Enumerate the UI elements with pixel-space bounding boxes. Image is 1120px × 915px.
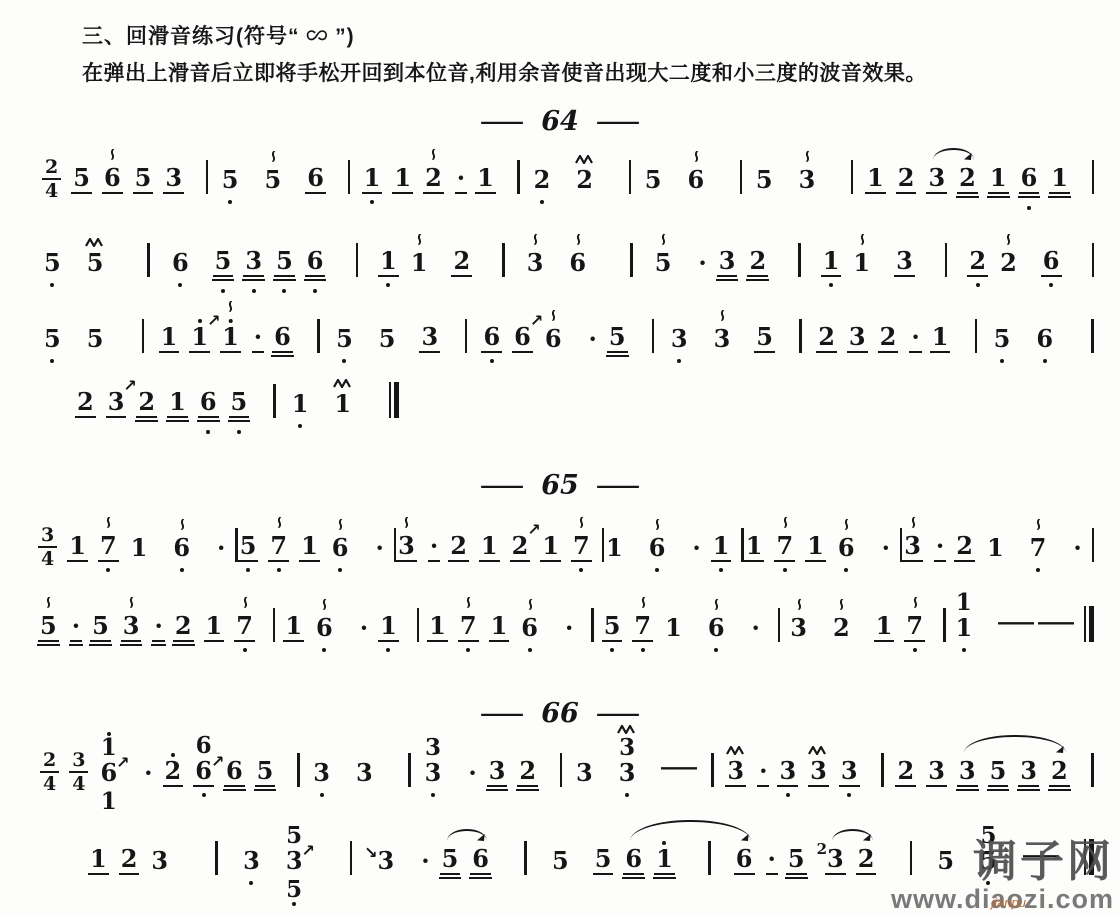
note: 1: [427, 614, 448, 642]
chord-note: 5: [286, 825, 302, 847]
note-digit: ·: [880, 536, 892, 562]
note: 1: [378, 249, 399, 277]
time-signature-denominator: 4: [38, 546, 57, 569]
note: ∽3: [121, 614, 142, 642]
octave-dot: [50, 359, 54, 363]
note: 5: [334, 327, 355, 353]
note-digit: 1: [654, 847, 675, 875]
octave-dot: [249, 881, 253, 885]
note-digit: 2: [856, 847, 877, 875]
note: 5: [133, 166, 154, 194]
note: 5: [602, 614, 623, 642]
note: 6: [1034, 327, 1055, 353]
note-digit: ·: [466, 761, 478, 787]
note-digit: 5: [786, 847, 807, 875]
note: 1: [654, 847, 675, 875]
note: 6: [623, 847, 644, 875]
note-digit: 3: [926, 166, 947, 194]
music-line: 245∽6535∽5611∽2·1225∽65∽31232161: [42, 150, 1094, 194]
octave-dot: [252, 289, 256, 293]
rhythm-dot: ·: [358, 616, 370, 642]
note: 6: [198, 390, 219, 418]
note-digit: 2: [1049, 759, 1070, 787]
note: 6: [224, 759, 245, 787]
note: ∽7: [774, 534, 795, 562]
huigua-ornament-icon: ∽: [777, 515, 792, 529]
section-number: 66: [541, 698, 579, 729]
note: 5: [607, 325, 628, 353]
note: 2↗: [510, 534, 531, 562]
note-digit: 3: [717, 249, 738, 277]
huigua-ornament-icon: ∽: [656, 232, 671, 246]
note: 3: [487, 759, 508, 787]
huigua-ornament-icon: ∽: [223, 299, 238, 313]
octave-dot: [292, 902, 296, 906]
note-digit: 2: [451, 249, 472, 277]
note-digit: 2: [747, 249, 768, 277]
note-digit: 1: [67, 534, 88, 562]
chord-note: 5: [286, 879, 302, 908]
note: ∽7: [458, 614, 479, 642]
note: 3: [777, 759, 798, 787]
note-digit: 2: [448, 534, 469, 562]
note-digit: 5: [992, 327, 1013, 353]
note-digit: 3: [243, 249, 264, 277]
note-digit: 6: [647, 536, 668, 562]
note: ∽7: [1028, 536, 1049, 562]
page: 三、回滑音练习(符号“ ∽ ”) 在弹出上滑音后立即将手松开回到本位音,利用余音…: [0, 0, 1120, 915]
note-digit: 7: [774, 534, 795, 562]
huigua-ornament-icon: ∽: [265, 149, 280, 163]
note: 1: [821, 249, 842, 277]
note: 6: [305, 249, 326, 277]
note-digit: 3: [163, 166, 184, 194]
barline: [851, 160, 854, 194]
huigua-ornament-icon: ∽: [426, 147, 441, 161]
note-digit: 6: [305, 166, 326, 194]
wave-ornament-icon: [333, 379, 353, 388]
barline: [297, 753, 300, 787]
octave-dot: [246, 568, 250, 572]
note-digit: 5: [238, 534, 259, 562]
note: 3: [717, 249, 738, 277]
note-digit: 5: [593, 847, 614, 875]
note-digit: 7: [904, 614, 925, 642]
octave-dot: [277, 568, 281, 572]
music-line: 5511↗∽1·655366↗∽6·53∽35232·156: [42, 309, 1094, 353]
final-barline: [1084, 606, 1094, 642]
note-digit: 1: [167, 390, 188, 418]
octave-dot: [320, 793, 324, 797]
octave-dot: [198, 319, 202, 323]
octave-dot: [976, 283, 980, 287]
note: 3: [839, 759, 860, 787]
huigua-ornament-icon: ∽: [839, 517, 854, 531]
music-line: 2434161↗·266↗653333·32333—3·333233532: [40, 743, 1094, 787]
huigua-ornament-icon: ∽: [854, 232, 869, 246]
time-signature: 34: [38, 526, 57, 569]
watermark-overlay: jianpu: [991, 896, 1026, 909]
note-digit: 3: [669, 327, 690, 353]
note: ∽3: [797, 168, 818, 194]
huigua-ornament-icon: ∽: [1001, 232, 1016, 246]
note-digit: 6: [623, 847, 644, 875]
note: ∽6: [171, 536, 192, 562]
octave-dot: [655, 568, 659, 572]
slide-up-arrow-icon: ↗: [207, 313, 220, 329]
note: 3: [1018, 759, 1039, 787]
note-digit: 3: [788, 616, 809, 642]
rhythm-dot: ·: [934, 534, 946, 562]
time-signature-denominator: 4: [40, 771, 59, 794]
note-digit: ·: [358, 616, 370, 642]
note-digit: 5: [607, 325, 628, 353]
note-digit: 1: [479, 534, 500, 562]
note-digit: 5: [377, 327, 398, 353]
note-digit: 3: [825, 847, 846, 875]
huigua-ornament-icon: ∽: [905, 515, 920, 529]
octave-dot: [228, 200, 232, 204]
barline: [356, 243, 359, 277]
section-number: 65: [541, 470, 579, 501]
slide-up-arrow-icon: ↗: [116, 755, 129, 771]
huigua-ornament-icon: ∽: [317, 597, 332, 611]
note: ∽7: [904, 614, 925, 642]
note-digit: 1: [378, 614, 399, 642]
note: 5: [440, 847, 461, 875]
note: ∽3: [712, 327, 733, 353]
note: ∽7: [571, 534, 592, 562]
note: ∽1: [220, 325, 241, 353]
barline: [1091, 319, 1094, 353]
note: 3: [894, 249, 915, 277]
rhythm-dot: ·: [142, 761, 154, 787]
note-digit: 3: [902, 534, 923, 562]
note: 3: [419, 325, 440, 353]
note: 5: [90, 614, 111, 642]
note-digit: 5: [754, 168, 775, 194]
note: 1: [204, 614, 225, 642]
note-digit: 2: [895, 759, 916, 787]
note-digit: 6: [519, 616, 540, 642]
huigua-ornament-icon: ∽: [124, 595, 139, 609]
note-digit: 1: [88, 847, 109, 875]
huigua-ornament-icon: ∽: [714, 308, 729, 322]
note-digit: 1: [220, 325, 241, 353]
slide-arc-icon: [933, 148, 973, 160]
note-digit: 3: [149, 849, 170, 875]
note-digit: 7: [234, 614, 255, 642]
note-digit: 5: [42, 327, 63, 353]
slide-up-arrow-icon: ↗: [302, 843, 315, 859]
note: 5: [85, 251, 106, 277]
note-digit: 5: [38, 614, 59, 642]
note: ∽6: [102, 166, 123, 194]
note: 6: [170, 251, 191, 277]
note: 1: [489, 614, 510, 642]
octave-dot: [342, 359, 346, 363]
note-digit: 1: [874, 614, 895, 642]
barline: [147, 243, 150, 277]
note-digit: 1: [378, 249, 399, 277]
note-digit: 5: [754, 325, 775, 353]
note-digit: 3: [957, 759, 978, 787]
note: ∽2: [998, 251, 1019, 277]
chord-note: 3: [425, 737, 441, 759]
note-digit: 3: [894, 249, 915, 277]
note-digit: 5: [71, 166, 92, 194]
octave-dot: [847, 793, 851, 797]
chord: 535↗: [284, 849, 305, 875]
rhythm-dot: ·: [374, 536, 386, 562]
note-digit: 2: [517, 759, 538, 787]
time-signature-numerator: 3: [38, 526, 57, 546]
note: 5: [238, 534, 259, 562]
octave-dot: [298, 424, 302, 428]
time-signature: 24: [40, 751, 59, 794]
note-digit: 3: [396, 534, 417, 562]
header-dash: —: [597, 473, 639, 499]
note-digit: 2: [831, 616, 852, 642]
note-digit: ·: [428, 534, 440, 562]
octave-dot: [1049, 283, 1053, 287]
barline: [591, 608, 594, 642]
note-digit: 5: [988, 759, 1009, 787]
note: ∽7: [98, 534, 119, 562]
note: 1: [711, 534, 732, 562]
note: 5: [85, 327, 106, 353]
octave-dot: [641, 648, 645, 652]
duration-dash: —: [1004, 611, 1028, 642]
note: 2: [1049, 759, 1070, 787]
barline: [524, 841, 527, 875]
octave-dot: [178, 283, 182, 287]
note-digit: 1: [290, 392, 311, 418]
note: 2: [163, 759, 184, 787]
note-digit: 2: [998, 251, 1019, 277]
note-digit: 1: [711, 534, 732, 562]
time-signature-numerator: 3: [69, 751, 88, 771]
note: 2: [173, 614, 194, 642]
huigua-ornament-icon: ∽: [635, 595, 650, 609]
note: 2: [119, 847, 140, 875]
note-digit: ·: [690, 536, 702, 562]
note: 1: [744, 534, 765, 562]
note: ∽7: [268, 534, 289, 562]
note-digit: 3: [725, 759, 746, 787]
note: 5: [255, 759, 276, 787]
octave-dot: [610, 648, 614, 652]
note-digit: 3: [525, 251, 546, 277]
barline: [945, 243, 948, 277]
note-digit: 6: [685, 168, 706, 194]
octave-dot: [202, 793, 206, 797]
octave-dot: [844, 568, 848, 572]
note-digit: 2: [896, 166, 917, 194]
header-dash: —: [597, 109, 639, 135]
note-digit: 2: [136, 390, 157, 418]
section-number: 64: [541, 106, 579, 137]
note-digit: 1: [159, 325, 180, 353]
note: 5: [754, 325, 775, 353]
note: 3: [926, 166, 947, 194]
rhythm-dot: ·: [563, 616, 575, 642]
note-digit: 3: [487, 759, 508, 787]
note: 1: [988, 166, 1009, 194]
note: 3: [725, 759, 746, 787]
note-digit: 1: [392, 166, 413, 194]
barline: [417, 608, 420, 642]
octave-dot: [50, 283, 54, 287]
note: 1: [874, 614, 895, 642]
rhythm-dot: ·: [252, 325, 264, 353]
duration-dash: —: [1044, 611, 1068, 642]
note-digit: ·: [70, 614, 82, 642]
note: 1: [283, 614, 304, 642]
note-digit: 6: [836, 536, 857, 562]
note-digit: 5: [85, 327, 106, 353]
octave-dot: [171, 753, 175, 757]
note: ∽2: [831, 616, 852, 642]
huigua-ornament-icon: ∽: [546, 308, 561, 322]
note-digit: 2: [75, 390, 96, 418]
note-digit: 6: [734, 847, 755, 875]
music-line: 55653561∽12∽3∽6∽5·321∽132∽26: [42, 233, 1094, 277]
barline: [206, 160, 209, 194]
octave-dot: [579, 568, 583, 572]
header-dash: —: [481, 701, 523, 727]
note-digit: ·: [934, 534, 946, 562]
note-digit: 5: [220, 168, 241, 194]
note-digit: 5: [133, 166, 154, 194]
note-digit: 6: [170, 251, 191, 277]
note: 3: [808, 759, 829, 787]
note: 5: [274, 249, 295, 277]
note: 3: [354, 761, 375, 787]
huigua-ornament-icon: ∽: [799, 149, 814, 163]
huigua-ornament-icon: ∽: [570, 232, 585, 246]
music-line: 23↗216511: [75, 374, 399, 418]
octave-dot: [180, 568, 184, 572]
note-digit: 2: [574, 168, 595, 194]
slide-up-arrow-icon: ↗: [530, 313, 543, 329]
chord: 33: [423, 761, 444, 787]
note: ∽6: [567, 251, 588, 277]
note: ∽7: [632, 614, 653, 642]
note: 5: [220, 168, 241, 194]
note: 5: [786, 847, 807, 875]
octave-dot: [719, 568, 723, 572]
watermark-site-name: 调子网: [891, 840, 1114, 884]
note-digit: 3: [847, 325, 868, 353]
note: 1: [930, 325, 951, 353]
note-digit: ·: [419, 849, 431, 875]
note: 6: [470, 847, 491, 875]
note: 6: [1019, 166, 1040, 194]
octave-dot: [540, 200, 544, 204]
note: 2: [816, 325, 837, 353]
chord-note: 1: [956, 592, 972, 614]
huigua-ornament-icon: ∽: [237, 595, 252, 609]
note: ∽1: [851, 251, 872, 277]
octave-dot: [1000, 359, 1004, 363]
note: 2: [451, 249, 472, 277]
note-digit: 6: [314, 616, 335, 642]
note-digit: 1: [744, 534, 765, 562]
time-signature: 34: [69, 751, 88, 794]
section-header: —66—: [0, 698, 1120, 729]
note: 6↗: [512, 325, 533, 353]
note: 1: [290, 392, 311, 418]
huigua-ornament-icon: ∽: [174, 517, 189, 531]
chord-note: 1: [101, 791, 117, 813]
rhythm-dot: ·: [1071, 536, 1083, 562]
octave-dot: [625, 793, 629, 797]
barline: [778, 608, 781, 642]
barline: [799, 319, 802, 353]
note-digit: 6: [706, 616, 727, 642]
note-digit: 5: [550, 849, 571, 875]
note-digit: 1: [299, 534, 320, 562]
note: 1: [475, 166, 496, 194]
note: 3: [825, 847, 846, 875]
header-dash: —: [481, 109, 523, 135]
barline: [652, 319, 655, 353]
huigua-ornament-icon: ∽: [399, 515, 414, 529]
barline: [517, 160, 520, 194]
huigua-ornament-icon: ∽: [412, 232, 427, 246]
rhythm-dot: ·: [696, 251, 708, 277]
note-digit: ·: [750, 616, 762, 642]
note-digit: 1: [988, 166, 1009, 194]
barline: [502, 243, 505, 277]
note: 1: [159, 325, 180, 353]
note: ∽6: [543, 327, 564, 353]
barline: [798, 243, 801, 277]
note: 3: [241, 849, 262, 875]
note-digit: 3: [1018, 759, 1039, 787]
duration-dash: —: [667, 756, 691, 787]
note: 1: [604, 536, 625, 562]
note-digit: 1: [475, 166, 496, 194]
note-digit: 6: [272, 325, 293, 353]
barline: [465, 319, 468, 353]
note: 2: [136, 390, 157, 418]
note-digit: 5: [602, 614, 623, 642]
note-digit: 1: [865, 166, 886, 194]
slide-up-arrow-icon: ↗: [211, 754, 224, 770]
note-digit: 5: [653, 251, 674, 277]
note: 1: [299, 534, 320, 562]
note: 2: [878, 325, 899, 353]
rhythm-dot: ·: [419, 849, 431, 875]
note-digit: 6: [567, 251, 588, 277]
note-digit: 7: [458, 614, 479, 642]
note: ∽3: [902, 534, 923, 562]
wave-ornament-icon: [575, 155, 595, 164]
note-digit: 5: [85, 251, 106, 277]
rhythm-dot: ·: [455, 166, 467, 194]
note: 5: [754, 168, 775, 194]
note: 1: [378, 614, 399, 642]
huigua-ornament-icon: ∽: [461, 595, 476, 609]
note-digit: 1: [805, 534, 826, 562]
huigua-ornament-icon: ∽: [574, 515, 589, 529]
note-digit: 2: [816, 325, 837, 353]
note: 1↗: [189, 325, 210, 353]
note: 3: [311, 761, 332, 787]
note: ∽3: [525, 251, 546, 277]
